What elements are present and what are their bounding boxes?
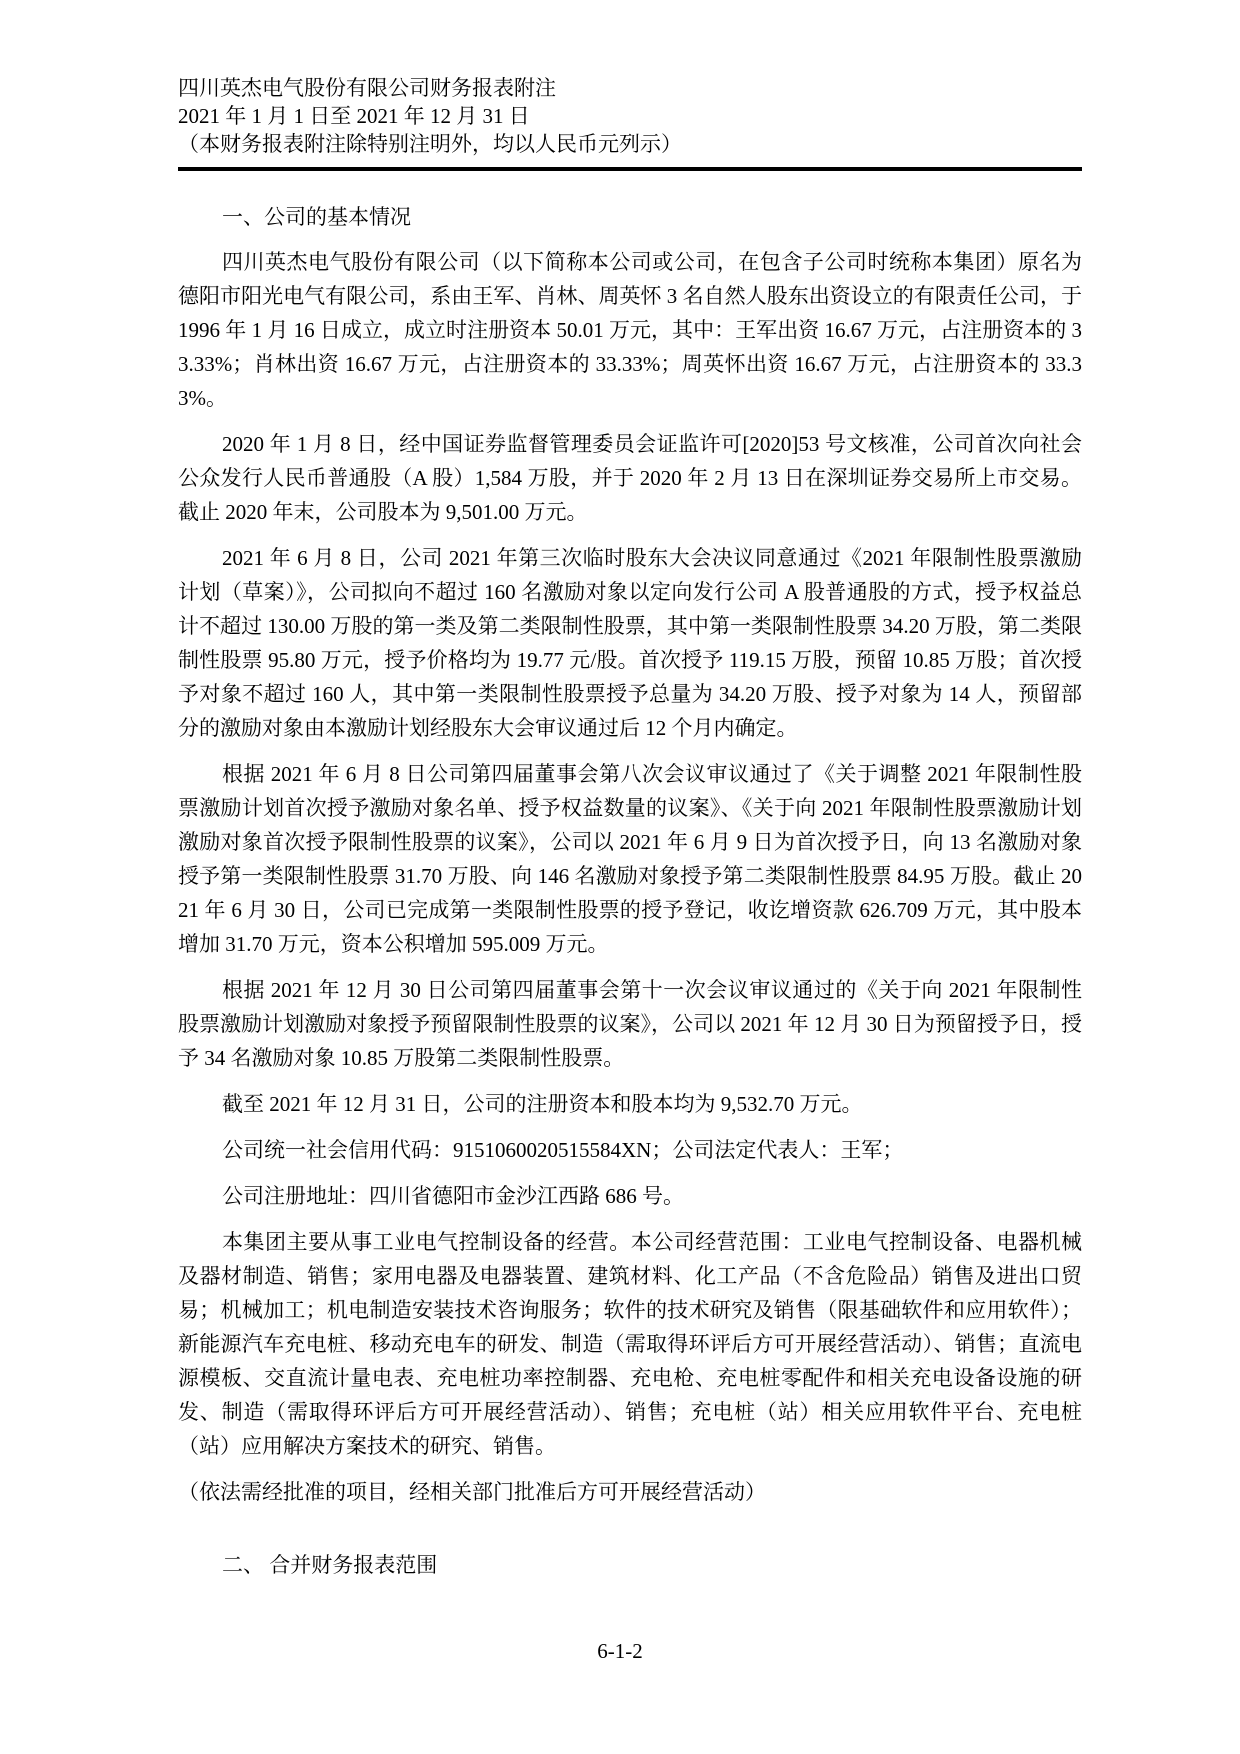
paragraph-ipo-2020: 2020 年 1 月 8 日，经中国证券监督管理委员会证监许可[2020]53 … — [178, 427, 1082, 529]
report-header: 四川英杰电气股份有限公司财务报表附注 2021 年 1 月 1 日至 2021 … — [178, 74, 1082, 158]
paragraph-credit-code-legal-rep: 公司统一社会信用代码：9151060020515584XN；公司法定代表人：王军… — [178, 1133, 1082, 1167]
header-divider — [178, 167, 1082, 171]
report-currency-note: （本财务报表附注除特别注明外，均以人民币元列示） — [178, 130, 1082, 158]
section-1-heading: 一、公司的基本情况 — [178, 201, 1082, 231]
document-body: 一、公司的基本情况 四川英杰电气股份有限公司（以下简称本公司或公司，在包含子公司… — [178, 201, 1082, 1579]
paragraph-approval-note: （依法需经批准的项目，经相关部门批准后方可开展经营活动） — [178, 1475, 1082, 1509]
report-period: 2021 年 1 月 1 日至 2021 年 12 月 31 日 — [178, 102, 1082, 130]
paragraph-company-establishment: 四川英杰电气股份有限公司（以下简称本公司或公司，在包含子公司时统称本集团）原名为… — [178, 245, 1082, 415]
paragraph-registered-address: 公司注册地址：四川省德阳市金沙江西路 686 号。 — [178, 1179, 1082, 1213]
page-footer: 6-1-2 — [0, 1639, 1240, 1664]
paragraph-registered-capital: 截至 2021 年 12 月 31 日，公司的注册资本和股本均为 9,532.7… — [178, 1087, 1082, 1121]
document-content: 四川英杰电气股份有限公司财务报表附注 2021 年 1 月 1 日至 2021 … — [0, 0, 1240, 1579]
report-title: 四川英杰电气股份有限公司财务报表附注 — [178, 74, 1082, 102]
paragraph-business-scope: 本集团主要从事工业电气控制设备的经营。本公司经营范围：工业电气控制设备、电器机械… — [178, 1225, 1082, 1463]
section-2-heading: 二、 合并财务报表范围 — [178, 1549, 1082, 1579]
paragraph-reserved-grant: 根据 2021 年 12 月 30 日公司第四届董事会第十一次会议审议通过的《关… — [178, 973, 1082, 1075]
paragraph-incentive-plan-2021: 2021 年 6 月 8 日，公司 2021 年第三次临时股东大会决议同意通过《… — [178, 541, 1082, 745]
page-number: 6-1-2 — [597, 1639, 643, 1663]
paragraph-first-grant-registration: 根据 2021 年 6 月 8 日公司第四届董事会第八次会议审议通过了《关于调整… — [178, 757, 1082, 961]
document-page: 四川英杰电气股份有限公司财务报表附注 2021 年 1 月 1 日至 2021 … — [0, 0, 1240, 1754]
